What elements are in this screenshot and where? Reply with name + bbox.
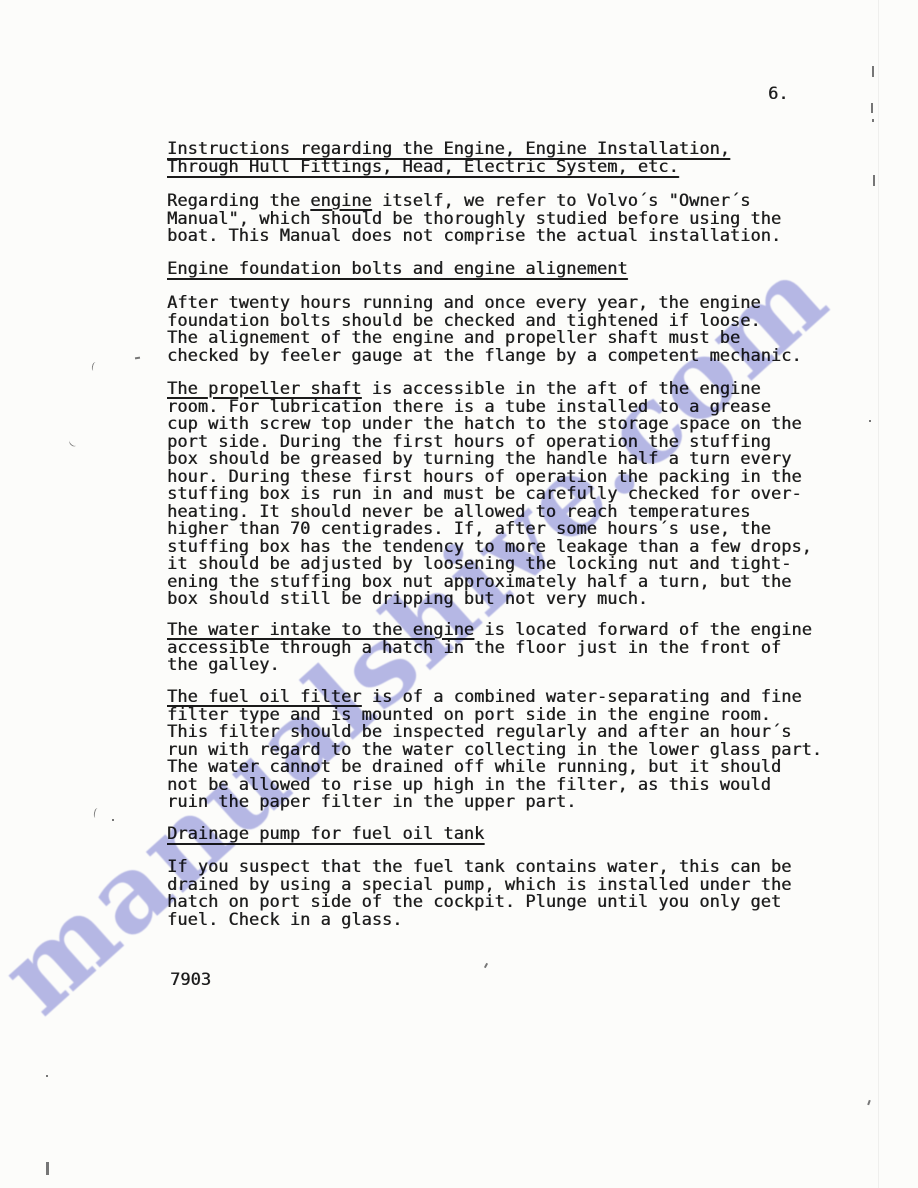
text-line: it should be adjusted by loosening the l… [167,556,812,574]
scan-speck [867,1100,870,1105]
scan-speck [46,1162,49,1175]
paragraph-intro: Regarding the engine itself, we refer to… [167,193,781,246]
text-line: the galley. [167,657,812,675]
page-number: 6. [768,86,788,104]
fuel-filter-lead-underlined: The fuel oil filter [167,687,361,707]
scan-speck [91,362,98,372]
text-line: checked by feeler gauge at the flange by… [167,348,802,366]
scan-speck [46,1075,48,1077]
text-line: This filter should be inspected regularl… [167,724,822,742]
scan-speck [869,420,871,422]
text-line: stuffing box is run in and must be caref… [167,486,812,504]
paragraph-fuel-oil-filter: The fuel oil filter is of a combined wat… [167,689,822,812]
doc-title-line-2: Through Hull Fittings, Head, Electric Sy… [167,159,730,177]
heading-line: Drainage pump for fuel oil tank [167,826,484,844]
text-line: cup with screw top under the hatch to th… [167,416,812,434]
scan-speck [68,438,78,448]
paragraph-drainage-pump: If you suspect that the fuel tank contai… [167,859,791,929]
section-heading-foundation-bolts: Engine foundation bolts and engine align… [167,261,628,279]
text-line: After twenty hours running and once ever… [167,295,802,313]
paragraph-foundation-bolts: After twenty hours running and once ever… [167,295,802,365]
text-line: fuel. Check in a glass. [167,912,791,930]
text-line: The fuel oil filter is of a combined wat… [167,689,822,707]
text-line: higher than 70 centigrades. If, after so… [167,521,812,539]
text-line: boat. This Manual does not comprise the … [167,228,781,246]
intro-line1-underlined: engine [310,191,371,211]
text-line: The water intake to the engine is locate… [167,622,812,640]
scan-speck [112,819,114,821]
doc-title-line-1: Instructions regarding the Engine, Engin… [167,141,730,159]
text-line: If you suspect that the fuel tank contai… [167,859,791,877]
doc-title: Instructions regarding the Engine, Engin… [167,141,730,176]
section-heading-drainage-pump: Drainage pump for fuel oil tank [167,826,484,844]
scan-speck [873,175,875,186]
heading-line: Engine foundation bolts and engine align… [167,261,628,279]
scan-speck [871,103,873,113]
fuel-filter-lead-rest: is of a combined water-separating and fi… [361,687,801,707]
text-line: The alignement of the engine and propell… [167,330,802,348]
text-line: box should be greased by turning the han… [167,451,812,469]
text-line: hatch on port side of the cockpit. Plung… [167,894,791,912]
paragraph-water-intake: The water intake to the engine is locate… [167,622,812,675]
document-code: 7903 [170,972,211,990]
scan-speck [135,357,140,360]
intro-line1-post: itself, we refer to Volvo´s "Owner´s [372,191,751,211]
scan-speck [484,963,488,968]
text-line: Regarding the engine itself, we refer to… [167,193,781,211]
text-line: The propeller shaft is accessible in the… [167,381,812,399]
scanned-document-page: 6. Instructions regarding the Engine, En… [0,0,918,1188]
text-line: The water cannot be drained off while ru… [167,759,822,777]
intro-line1-pre: Regarding the [167,191,310,211]
text-line: box should still be dripping but not ver… [167,591,812,609]
page-edge-line [878,0,879,1188]
text-line: ruin the paper filter in the upper part. [167,794,822,812]
scan-speck [93,808,100,819]
propeller-shaft-lead-rest: is accessible in the aft of the engine [361,379,760,399]
water-intake-lead-rest: is located forward of the engine [474,620,812,640]
scan-speck [872,66,874,77]
water-intake-lead-underlined: The water intake to the engine [167,620,474,640]
scan-speck [872,119,874,122]
propeller-shaft-lead-underlined: The propeller shaft [167,379,361,399]
paragraph-propeller-shaft: The propeller shaft is accessible in the… [167,381,812,609]
